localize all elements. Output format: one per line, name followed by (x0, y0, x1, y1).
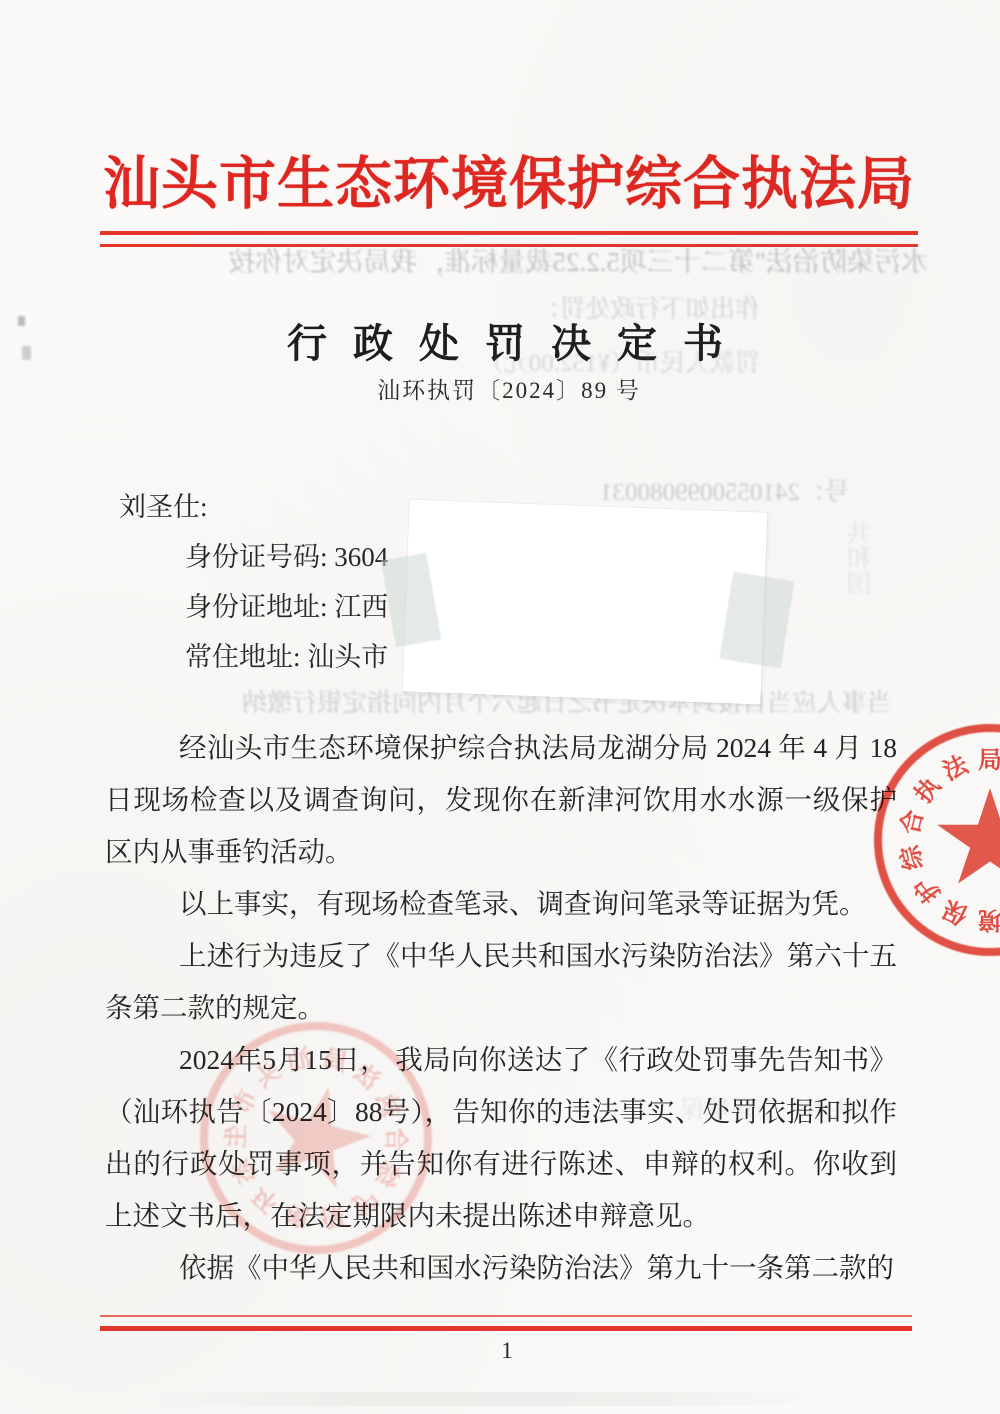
scan-shadow (150, 1392, 850, 1406)
page-number: 1 (0, 1338, 1000, 1364)
body-paragraph: 上述行为违反了《中华人民共和国水污染防治法》第六十五条第二款的规定。 (105, 930, 897, 1034)
seal-circular-text: 汕头市生态环境保护综合执法局 (874, 724, 1000, 956)
footer-rule (100, 1315, 912, 1331)
body-paragraph: 经汕头市生态环境保护综合执法局龙湖分局 2024 年 4 月 18日现场检查以及… (105, 722, 897, 878)
official-seal: 汕头市生态环境保护综合执法局 (874, 724, 1000, 956)
document-number: 汕环执罚〔2024〕89 号 (100, 372, 918, 405)
scan-artifact (22, 346, 31, 360)
redaction-cover (403, 500, 768, 705)
scanned-document-page: 水污染防治法"第二十三项5.2.25裁量标准，我局决定对你按 作出如下行政处罚：… (0, 0, 1000, 1414)
letterhead-rule (100, 231, 918, 247)
agency-letterhead-title: 汕头市生态环境保护综合执法局 (100, 138, 918, 220)
body-paragraph: 以上事实，有现场检查笔录、调查询问笔录等证据为凭。 (105, 878, 897, 930)
scan-artifact (18, 316, 25, 326)
body-paragraph: 依据《中华人民共和国水污染防治法》第九十一条第二款的 (105, 1242, 897, 1294)
document-title: 行 政 处 罚 决 定 书 (100, 312, 918, 369)
